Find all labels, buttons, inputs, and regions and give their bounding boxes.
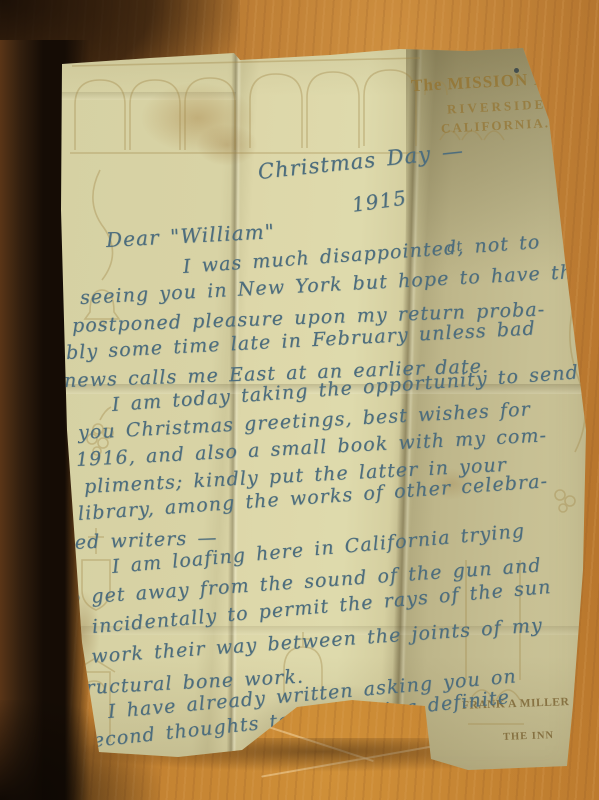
photo-of-letter: The MISSION INN, RIVERSIDE CALIFORNIA. F… — [0, 0, 599, 800]
stain — [196, 124, 258, 166]
letter-paper: The MISSION INN, RIVERSIDE CALIFORNIA. F… — [0, 0, 599, 800]
letterhead-signature-inn: THE INN — [503, 730, 554, 743]
